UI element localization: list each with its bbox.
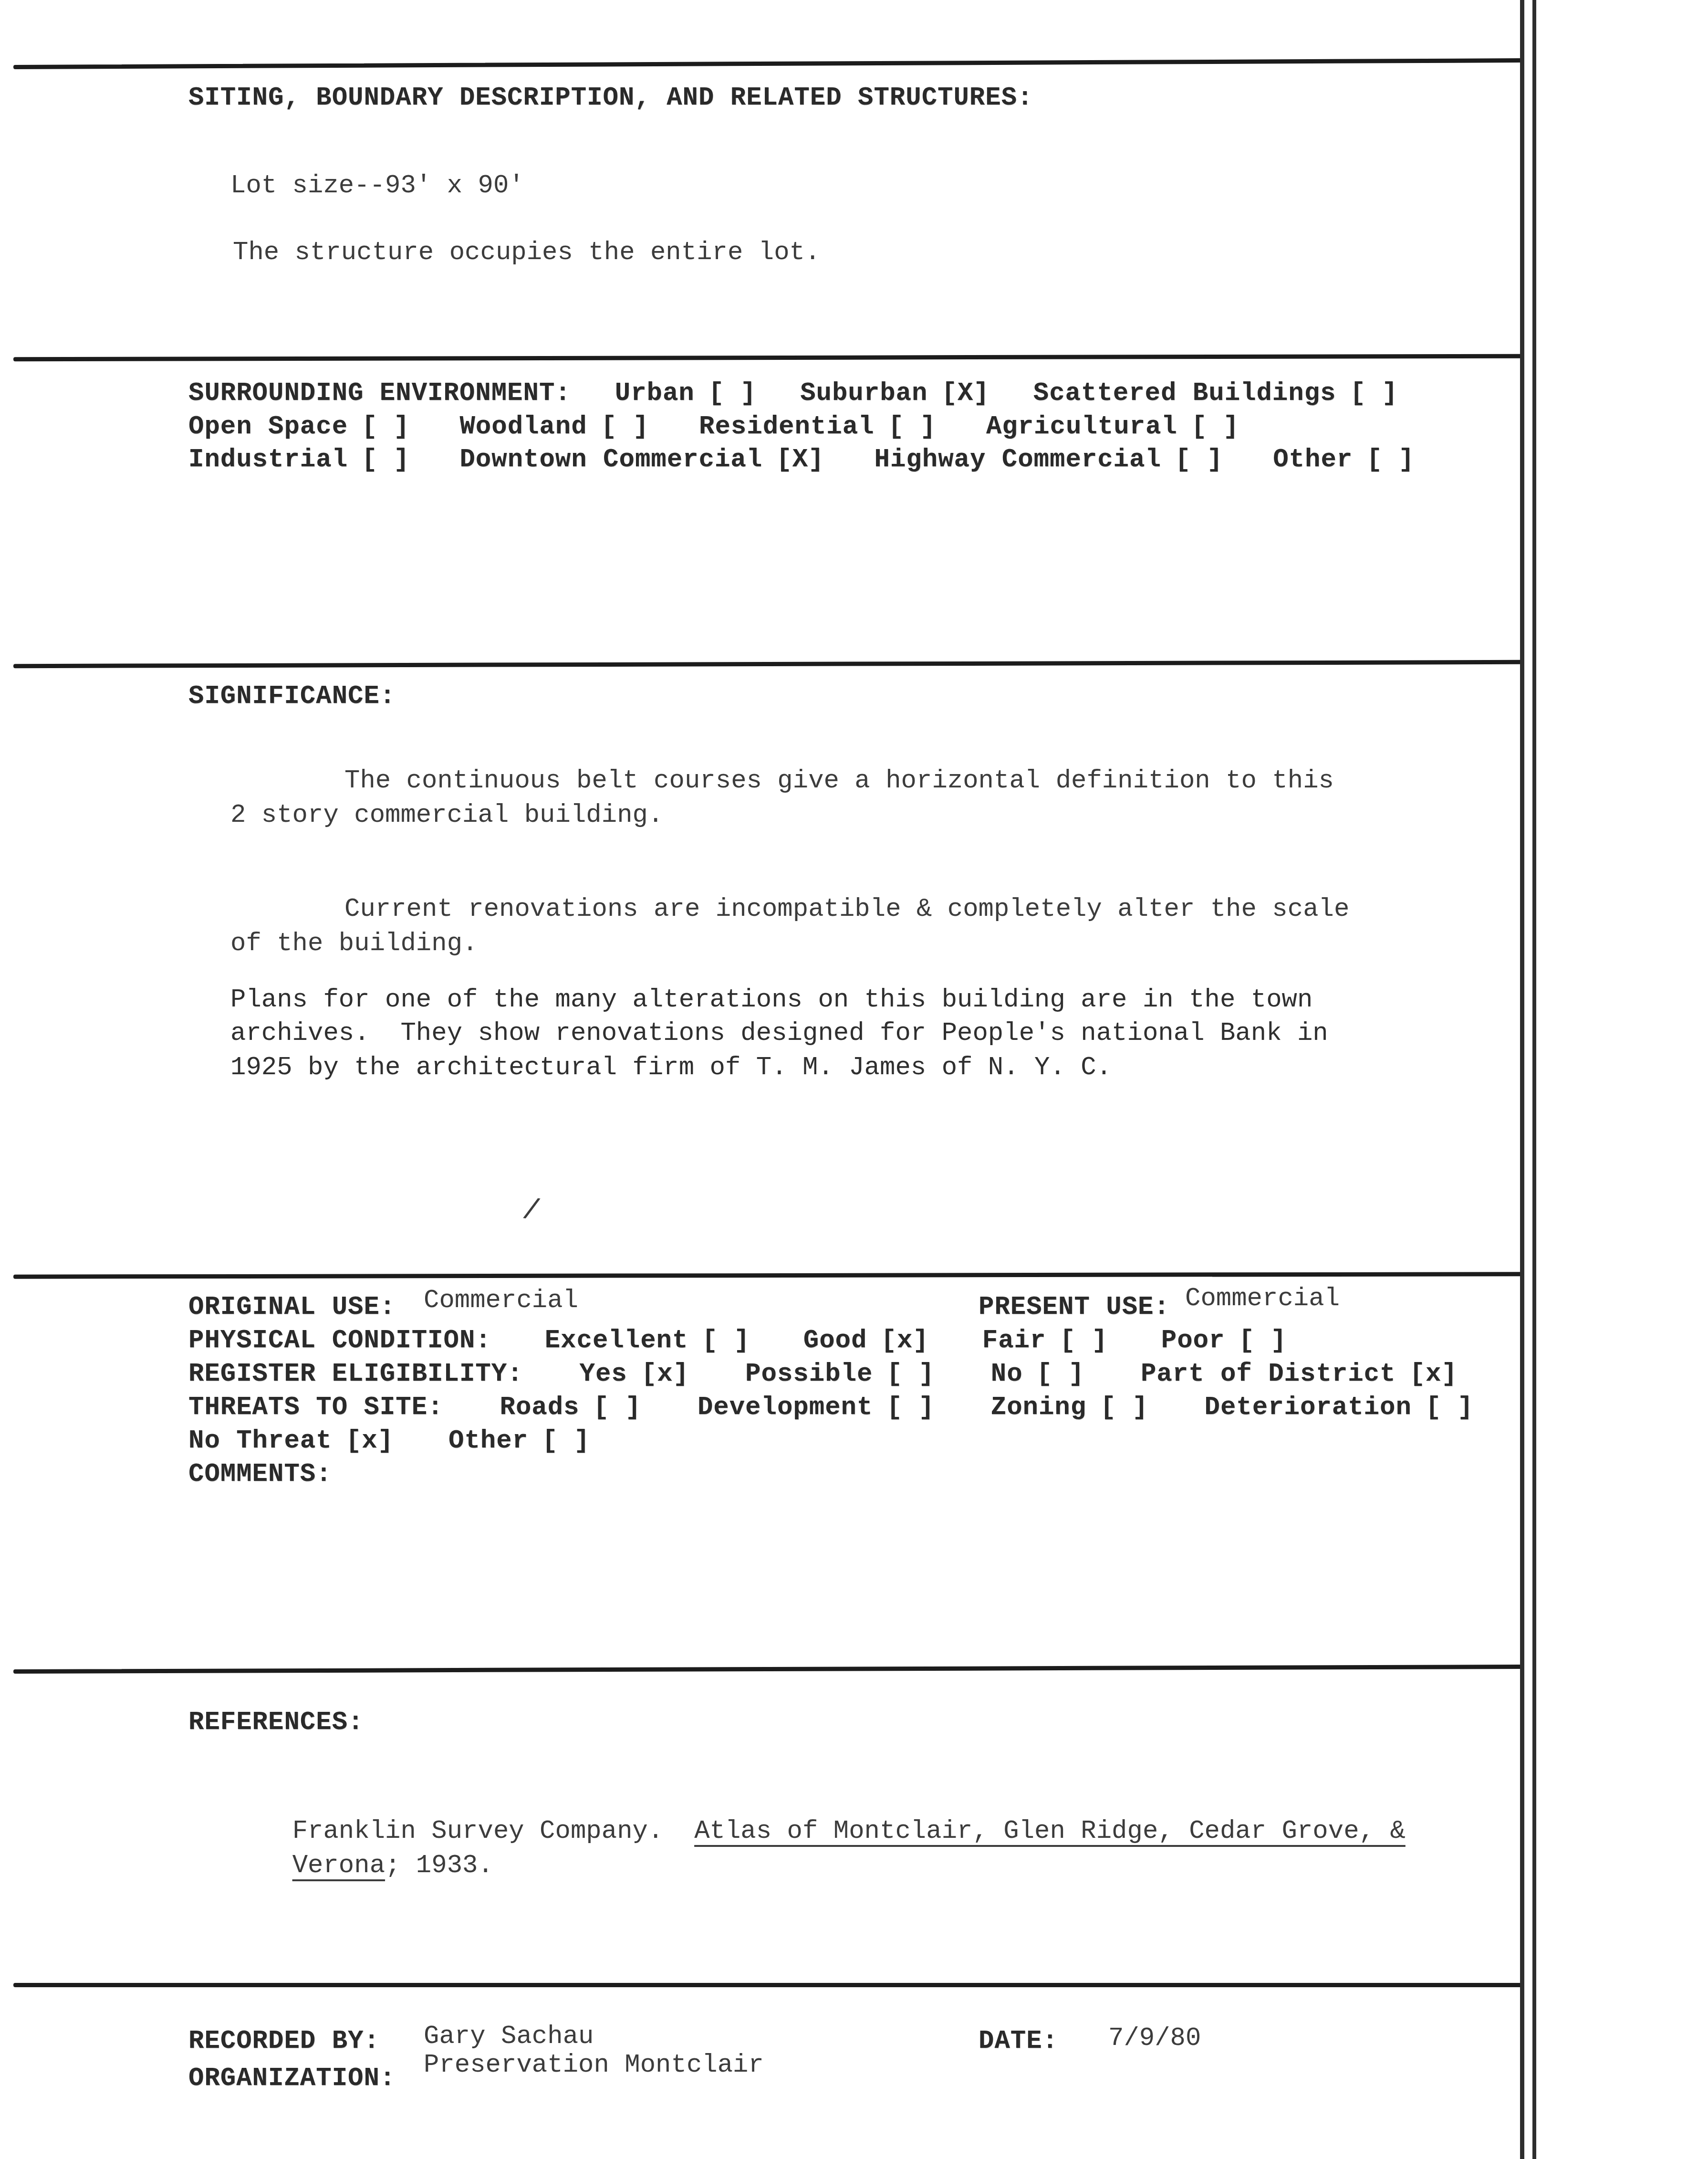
- register-eligibility-label: REGISTER ELIGIBILITY:: [188, 1361, 523, 1388]
- present-use-label: PRESENT USE:: [979, 1294, 1170, 1321]
- references-heading: REFERENCES:: [188, 1709, 364, 1737]
- option-residential: Residential[ ]: [699, 414, 936, 441]
- organization-label: ORGANIZATION:: [188, 2065, 396, 2093]
- survey-form-page: SITING, BOUNDARY DESCRIPTION, AND RELATE…: [0, 0, 1708, 2159]
- checkbox-zoning: [ ]: [1100, 1394, 1148, 1422]
- divider-footer: [13, 1983, 1522, 1987]
- recorded-by-label: RECORDED BY:: [188, 2028, 380, 2055]
- option-urban: Urban[ ]: [615, 380, 756, 408]
- threats-label: THREATS TO SITE:: [188, 1394, 443, 1422]
- checkbox-fair: [ ]: [1060, 1328, 1108, 1355]
- checkbox-poor: [ ]: [1239, 1328, 1287, 1355]
- register-eligibility-row: REGISTER ELIGIBILITY: Yes[x] Possible[ ]…: [188, 1361, 1458, 1388]
- use-row: ORIGINAL USE: Commercial PRESENT USE: Co…: [188, 1294, 1520, 1328]
- siting-heading: SITING, BOUNDARY DESCRIPTION, AND RELATE…: [188, 85, 1033, 112]
- significance-paragraph-2-line-1: Current renovations are incompatible & c…: [344, 896, 1349, 923]
- no-threat-row: No Threat[x] Other[ ]: [188, 1428, 590, 1455]
- organization-row: ORGANIZATION: Preservation Montclair: [188, 2065, 1520, 2099]
- checkbox-open-space: [ ]: [362, 414, 409, 441]
- option-poor: Poor[ ]: [1161, 1328, 1287, 1355]
- option-other-threat: Other[ ]: [448, 1428, 590, 1455]
- checkbox-downtown-commercial: [X]: [776, 447, 824, 474]
- recorded-by-row: RECORDED BY: Gary Sachau DATE: 7/9/80: [188, 2028, 1520, 2062]
- option-excellent: Excellent[ ]: [545, 1328, 750, 1355]
- original-use-label: ORIGINAL USE:: [188, 1294, 396, 1321]
- checkbox-industrial: [ ]: [362, 447, 409, 474]
- option-open-space: Open Space[ ]: [188, 414, 409, 441]
- checkbox-no-threat: [x]: [346, 1428, 394, 1455]
- option-zoning: Zoning[ ]: [991, 1394, 1148, 1422]
- option-yes: Yes[x]: [580, 1361, 689, 1388]
- divider-significance: [13, 660, 1522, 668]
- option-possible: Possible[ ]: [745, 1361, 935, 1388]
- checkbox-agricultural: [ ]: [1191, 414, 1239, 441]
- page-edge-line-inner: [1520, 0, 1524, 2159]
- structure-note-text: The structure occupies the entire lot.: [233, 240, 820, 267]
- checkbox-residential: [ ]: [888, 414, 936, 441]
- option-good: Good[x]: [803, 1328, 929, 1355]
- significance-paragraph-3-line-1: Plans for one of the many alterations on…: [230, 987, 1312, 1014]
- citation-line-2: Verona; 1933.: [230, 1825, 493, 1907]
- significance-paragraph-3-line-3: 1925 by the architectural firm of T. M. …: [230, 1055, 1112, 1082]
- citation-title-line-2: Verona: [292, 1851, 385, 1880]
- option-industrial: Industrial[ ]: [188, 447, 409, 474]
- divider-top: [13, 58, 1522, 69]
- option-part-of-district: Part of District[x]: [1141, 1361, 1458, 1388]
- checkbox-roads: [ ]: [594, 1394, 641, 1422]
- option-downtown-commercial: Downtown Commercial[X]: [459, 447, 824, 474]
- option-highway-commercial: Highway Commercial[ ]: [875, 447, 1223, 474]
- checkbox-possible: [ ]: [887, 1361, 935, 1388]
- option-agricultural: Agricultural[ ]: [986, 414, 1239, 441]
- option-no: No[ ]: [991, 1361, 1084, 1388]
- checkbox-yes: [x]: [641, 1361, 689, 1388]
- option-woodland: Woodland[ ]: [459, 414, 649, 441]
- checkbox-deterioration: [ ]: [1426, 1394, 1473, 1422]
- option-development: Development[ ]: [698, 1394, 935, 1422]
- environment-row-3: Industrial[ ] Downtown Commercial[X] Hig…: [188, 447, 1415, 474]
- divider-environment: [13, 354, 1522, 362]
- comments-label: COMMENTS:: [188, 1461, 332, 1488]
- citation-year: ; 1933.: [385, 1851, 493, 1880]
- significance-paragraph-2-line-2: of the building.: [230, 931, 478, 958]
- date-value: 7/9/80: [1108, 2025, 1201, 2053]
- checkbox-suburban: [X]: [942, 380, 989, 408]
- option-suburban: Suburban[X]: [800, 380, 989, 408]
- checkbox-good: [x]: [881, 1328, 929, 1355]
- significance-paragraph-1-line-1: The continuous belt courses give a horiz…: [344, 768, 1334, 795]
- checkbox-urban: [ ]: [708, 380, 756, 408]
- physical-condition-row: PHYSICAL CONDITION: Excellent[ ] Good[x]…: [188, 1328, 1287, 1355]
- option-no-threat: No Threat[x]: [188, 1428, 394, 1455]
- environment-row-2: Open Space[ ] Woodland[ ] Residential[ ]…: [188, 414, 1239, 441]
- option-fair: Fair[ ]: [982, 1328, 1108, 1355]
- checkbox-development: [ ]: [887, 1394, 935, 1422]
- citation-title-line-1: Atlas of Montclair, Glen Ridge, Cedar Gr…: [694, 1817, 1406, 1846]
- physical-condition-label: PHYSICAL CONDITION:: [188, 1328, 491, 1355]
- significance-paragraph-3-line-2: archives. They show renovations designed…: [230, 1020, 1328, 1048]
- page-edge-line-outer: [1532, 0, 1536, 2159]
- lot-size-text: Lot size--93' x 90': [230, 173, 524, 200]
- checkbox-woodland: [ ]: [601, 414, 649, 441]
- original-use-value: Commercial: [424, 1288, 578, 1315]
- checkbox-highway-commercial: [ ]: [1175, 447, 1223, 474]
- divider-usage: [13, 1272, 1522, 1279]
- stray-slash-mark: /: [521, 1195, 542, 1228]
- checkbox-part-of-district: [x]: [1410, 1361, 1458, 1388]
- option-deterioration: Deterioration[ ]: [1205, 1394, 1474, 1422]
- checkbox-scattered-buildings: [ ]: [1350, 380, 1398, 408]
- option-scattered-buildings: Scattered Buildings[ ]: [1033, 380, 1398, 408]
- checkbox-no: [ ]: [1037, 1361, 1084, 1388]
- significance-paragraph-1-line-2: 2 story commercial building.: [230, 802, 663, 829]
- checkbox-excellent: [ ]: [702, 1328, 750, 1355]
- option-other-environment: Other[ ]: [1273, 447, 1414, 474]
- divider-references: [13, 1665, 1522, 1674]
- organization-value: Preservation Montclair: [424, 2052, 764, 2079]
- checkbox-other-environment: [ ]: [1366, 447, 1414, 474]
- threats-row: THREATS TO SITE: Roads[ ] Development[ ]…: [188, 1394, 1473, 1422]
- checkbox-other-threat: [ ]: [542, 1428, 590, 1455]
- significance-heading: SIGNIFICANCE:: [188, 683, 396, 711]
- recorded-by-value: Gary Sachau: [424, 2023, 594, 2051]
- date-label: DATE:: [979, 2028, 1058, 2055]
- environment-row-1: SURROUNDING ENVIRONMENT: Urban[ ] Suburb…: [188, 380, 1398, 408]
- environment-heading: SURROUNDING ENVIRONMENT:: [188, 380, 571, 408]
- present-use-value: Commercial: [1185, 1286, 1340, 1313]
- option-roads: Roads[ ]: [500, 1394, 641, 1422]
